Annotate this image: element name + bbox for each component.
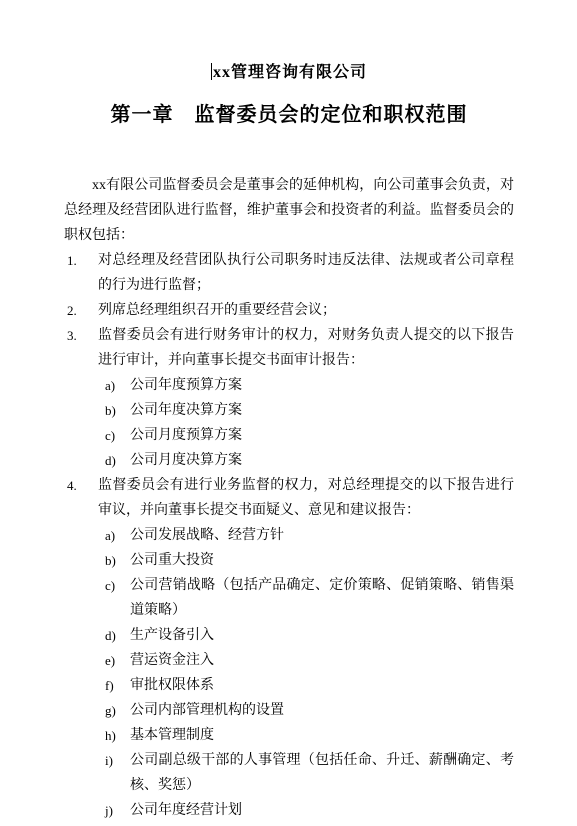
lettered-subitem: d) 生产设备引入 [98, 623, 514, 648]
subitem-text: 审批权限体系 [130, 678, 214, 693]
subitem-letter: a) [105, 373, 115, 398]
item-text: 监督委员会有进行财务审计的权力，对财务负责人提交的以下报告进行审计，并向董事长提… [98, 328, 514, 368]
document-page: xx管理咨询有限公司 第一章 监督委员会的定位和职权范围 xx有限公司监督委员会… [0, 0, 577, 826]
lettered-subitem: a) 公司年度预算方案 [98, 373, 514, 398]
subitem-text: 公司营销战略（包括产品确定、定价策略、促销策略、销售渠道策略） [130, 578, 514, 618]
subitem-letter: g) [105, 698, 116, 723]
subitem-letter: e) [105, 648, 115, 673]
lettered-subitem: h) 基本管理制度 [98, 723, 514, 748]
title-row: xx管理咨询有限公司 [64, 62, 514, 84]
company-title: xx管理咨询有限公司 [213, 64, 367, 81]
subitem-text: 公司内部管理机构的设置 [130, 703, 284, 718]
item-text: 列席总经理组织召开的重要经营会议； [98, 303, 336, 318]
subitem-text: 公司重大投资 [130, 553, 214, 568]
lettered-subitem: a) 公司发展战略、经营方针 [98, 523, 514, 548]
subitem-text: 公司年度预算方案 [130, 378, 242, 393]
lettered-subitem: g) 公司内部管理机构的设置 [98, 698, 514, 723]
subitem-text: 公司副总级干部的人事管理（包括任命、升迁、薪酬确定、考核、奖惩） [130, 753, 514, 793]
subitem-text: 公司月度预算方案 [130, 428, 242, 443]
lettered-subitem: j) 公司年度经营计划 [98, 798, 514, 823]
item-number: 2. [67, 298, 77, 323]
subitem-letter: b) [105, 398, 116, 423]
sub-list: a) 公司发展战略、经营方针 b) 公司重大投资 c) 公司营销战略（包括产品确… [98, 523, 514, 823]
subitem-text: 营运资金注入 [130, 653, 214, 668]
subitem-text: 基本管理制度 [130, 728, 214, 743]
subitem-letter: d) [105, 448, 116, 473]
subitem-letter: c) [105, 423, 115, 448]
numbered-item: 2. 列席总经理组织召开的重要经营会议； [64, 298, 514, 323]
item-text: 对总经理及经营团队执行公司职务时违反法律、法规或者公司章程的行为进行监督； [98, 253, 514, 293]
numbered-item: 4. 监督委员会有进行业务监督的权力，对总经理提交的以下报告进行审议，并向董事长… [64, 473, 514, 823]
subitem-letter: f) [105, 673, 114, 698]
text-cursor-caret [211, 63, 212, 80]
subitem-letter: b) [105, 548, 116, 573]
chapter-heading: 第一章 监督委员会的定位和职权范围 [64, 101, 514, 129]
subitem-letter: i) [105, 748, 113, 773]
item-text: 监督委员会有进行业务监督的权力，对总经理提交的以下报告进行审议，并向董事长提交书… [98, 478, 514, 518]
subitem-letter: d) [105, 623, 116, 648]
subitem-letter: c) [105, 573, 115, 598]
intro-paragraph: xx有限公司监督委员会是董事会的延伸机构，向公司董事会负责，对总经理及经营团队进… [64, 173, 514, 248]
subitem-letter: a) [105, 523, 115, 548]
lettered-subitem: f) 审批权限体系 [98, 673, 514, 698]
sub-list: a) 公司年度预算方案 b) 公司年度决算方案 c) 公司月度预算方案 d) 公… [98, 373, 514, 473]
subitem-letter: j) [105, 798, 113, 823]
subitem-text: 生产设备引入 [130, 628, 214, 643]
lettered-subitem: b) 公司重大投资 [98, 548, 514, 573]
item-number: 3. [67, 323, 77, 348]
subitem-text: 公司年度经营计划 [130, 803, 242, 818]
lettered-subitem: d) 公司月度决算方案 [98, 448, 514, 473]
subitem-text: 公司年度决算方案 [130, 403, 242, 418]
numbered-item: 1. 对总经理及经营团队执行公司职务时违反法律、法规或者公司章程的行为进行监督； [64, 248, 514, 298]
subitem-letter: h) [105, 723, 116, 748]
lettered-subitem: i) 公司副总级干部的人事管理（包括任命、升迁、薪酬确定、考核、奖惩） [98, 748, 514, 798]
lettered-subitem: b) 公司年度决算方案 [98, 398, 514, 423]
numbered-item: 3. 监督委员会有进行财务审计的权力，对财务负责人提交的以下报告进行审计，并向董… [64, 323, 514, 473]
subitem-text: 公司发展战略、经营方针 [130, 528, 284, 543]
main-list: 1. 对总经理及经营团队执行公司职务时违反法律、法规或者公司章程的行为进行监督；… [64, 248, 514, 823]
lettered-subitem: c) 公司月度预算方案 [98, 423, 514, 448]
subitem-text: 公司月度决算方案 [130, 453, 242, 468]
item-number: 4. [67, 473, 77, 498]
lettered-subitem: e) 营运资金注入 [98, 648, 514, 673]
item-number: 1. [67, 248, 77, 273]
lettered-subitem: c) 公司营销战略（包括产品确定、定价策略、促销策略、销售渠道策略） [98, 573, 514, 623]
